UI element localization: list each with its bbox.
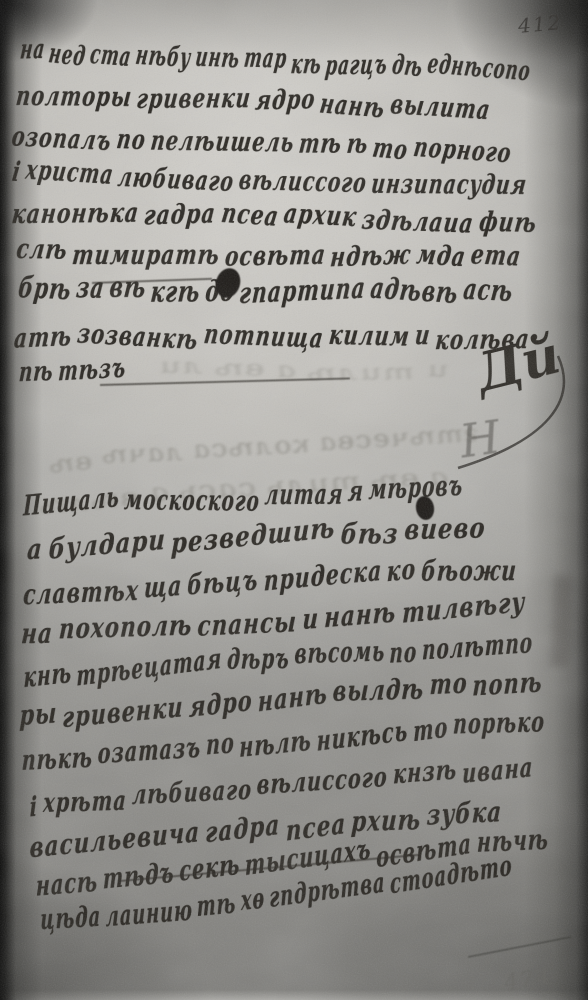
- margin-smudge: [550, 575, 571, 668]
- folio-number: 412: [517, 10, 563, 38]
- margin-secondary-mark: Н: [456, 409, 503, 468]
- paper-background: [0, 0, 588, 1000]
- flourish-tail-stroke: [440, 348, 580, 478]
- manuscript-photo: нанедстанѣбуинѣтаркѣрагцъдѣеднѣсопополто…: [0, 0, 588, 1000]
